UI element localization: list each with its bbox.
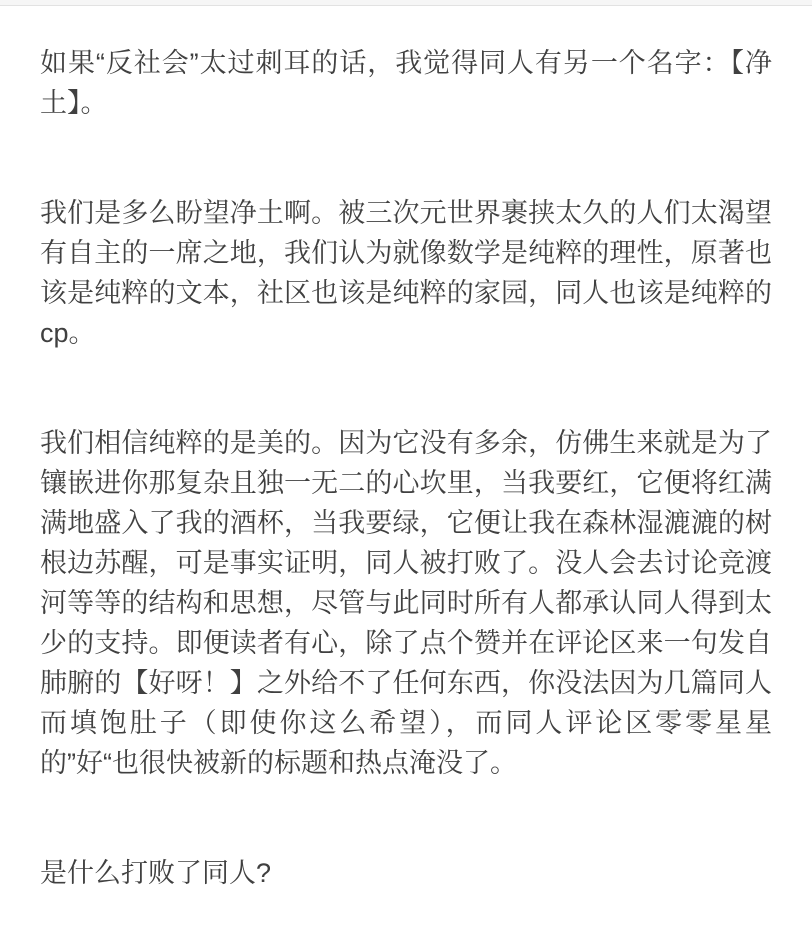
top-divider-bar	[0, 0, 812, 6]
paragraph: 是什么打败了同人?	[40, 853, 772, 893]
article-body: 如果“反社会”太过刺耳的话，我觉得同人有另一个名字：【净土】。我们是多么盼望净土…	[40, 43, 772, 893]
paragraph: 如果“反社会”太过刺耳的话，我觉得同人有另一个名字：【净土】。	[40, 43, 772, 123]
paragraph: 我们相信纯粹的是美的。因为它没有多余，仿佛生来就是为了镶嵌进你那复杂且独一无二的…	[40, 423, 772, 783]
paragraph: 我们是多么盼望净土啊。被三次元世界裹挟太久的人们太渴望有自主的一席之地，我们认为…	[40, 193, 772, 353]
